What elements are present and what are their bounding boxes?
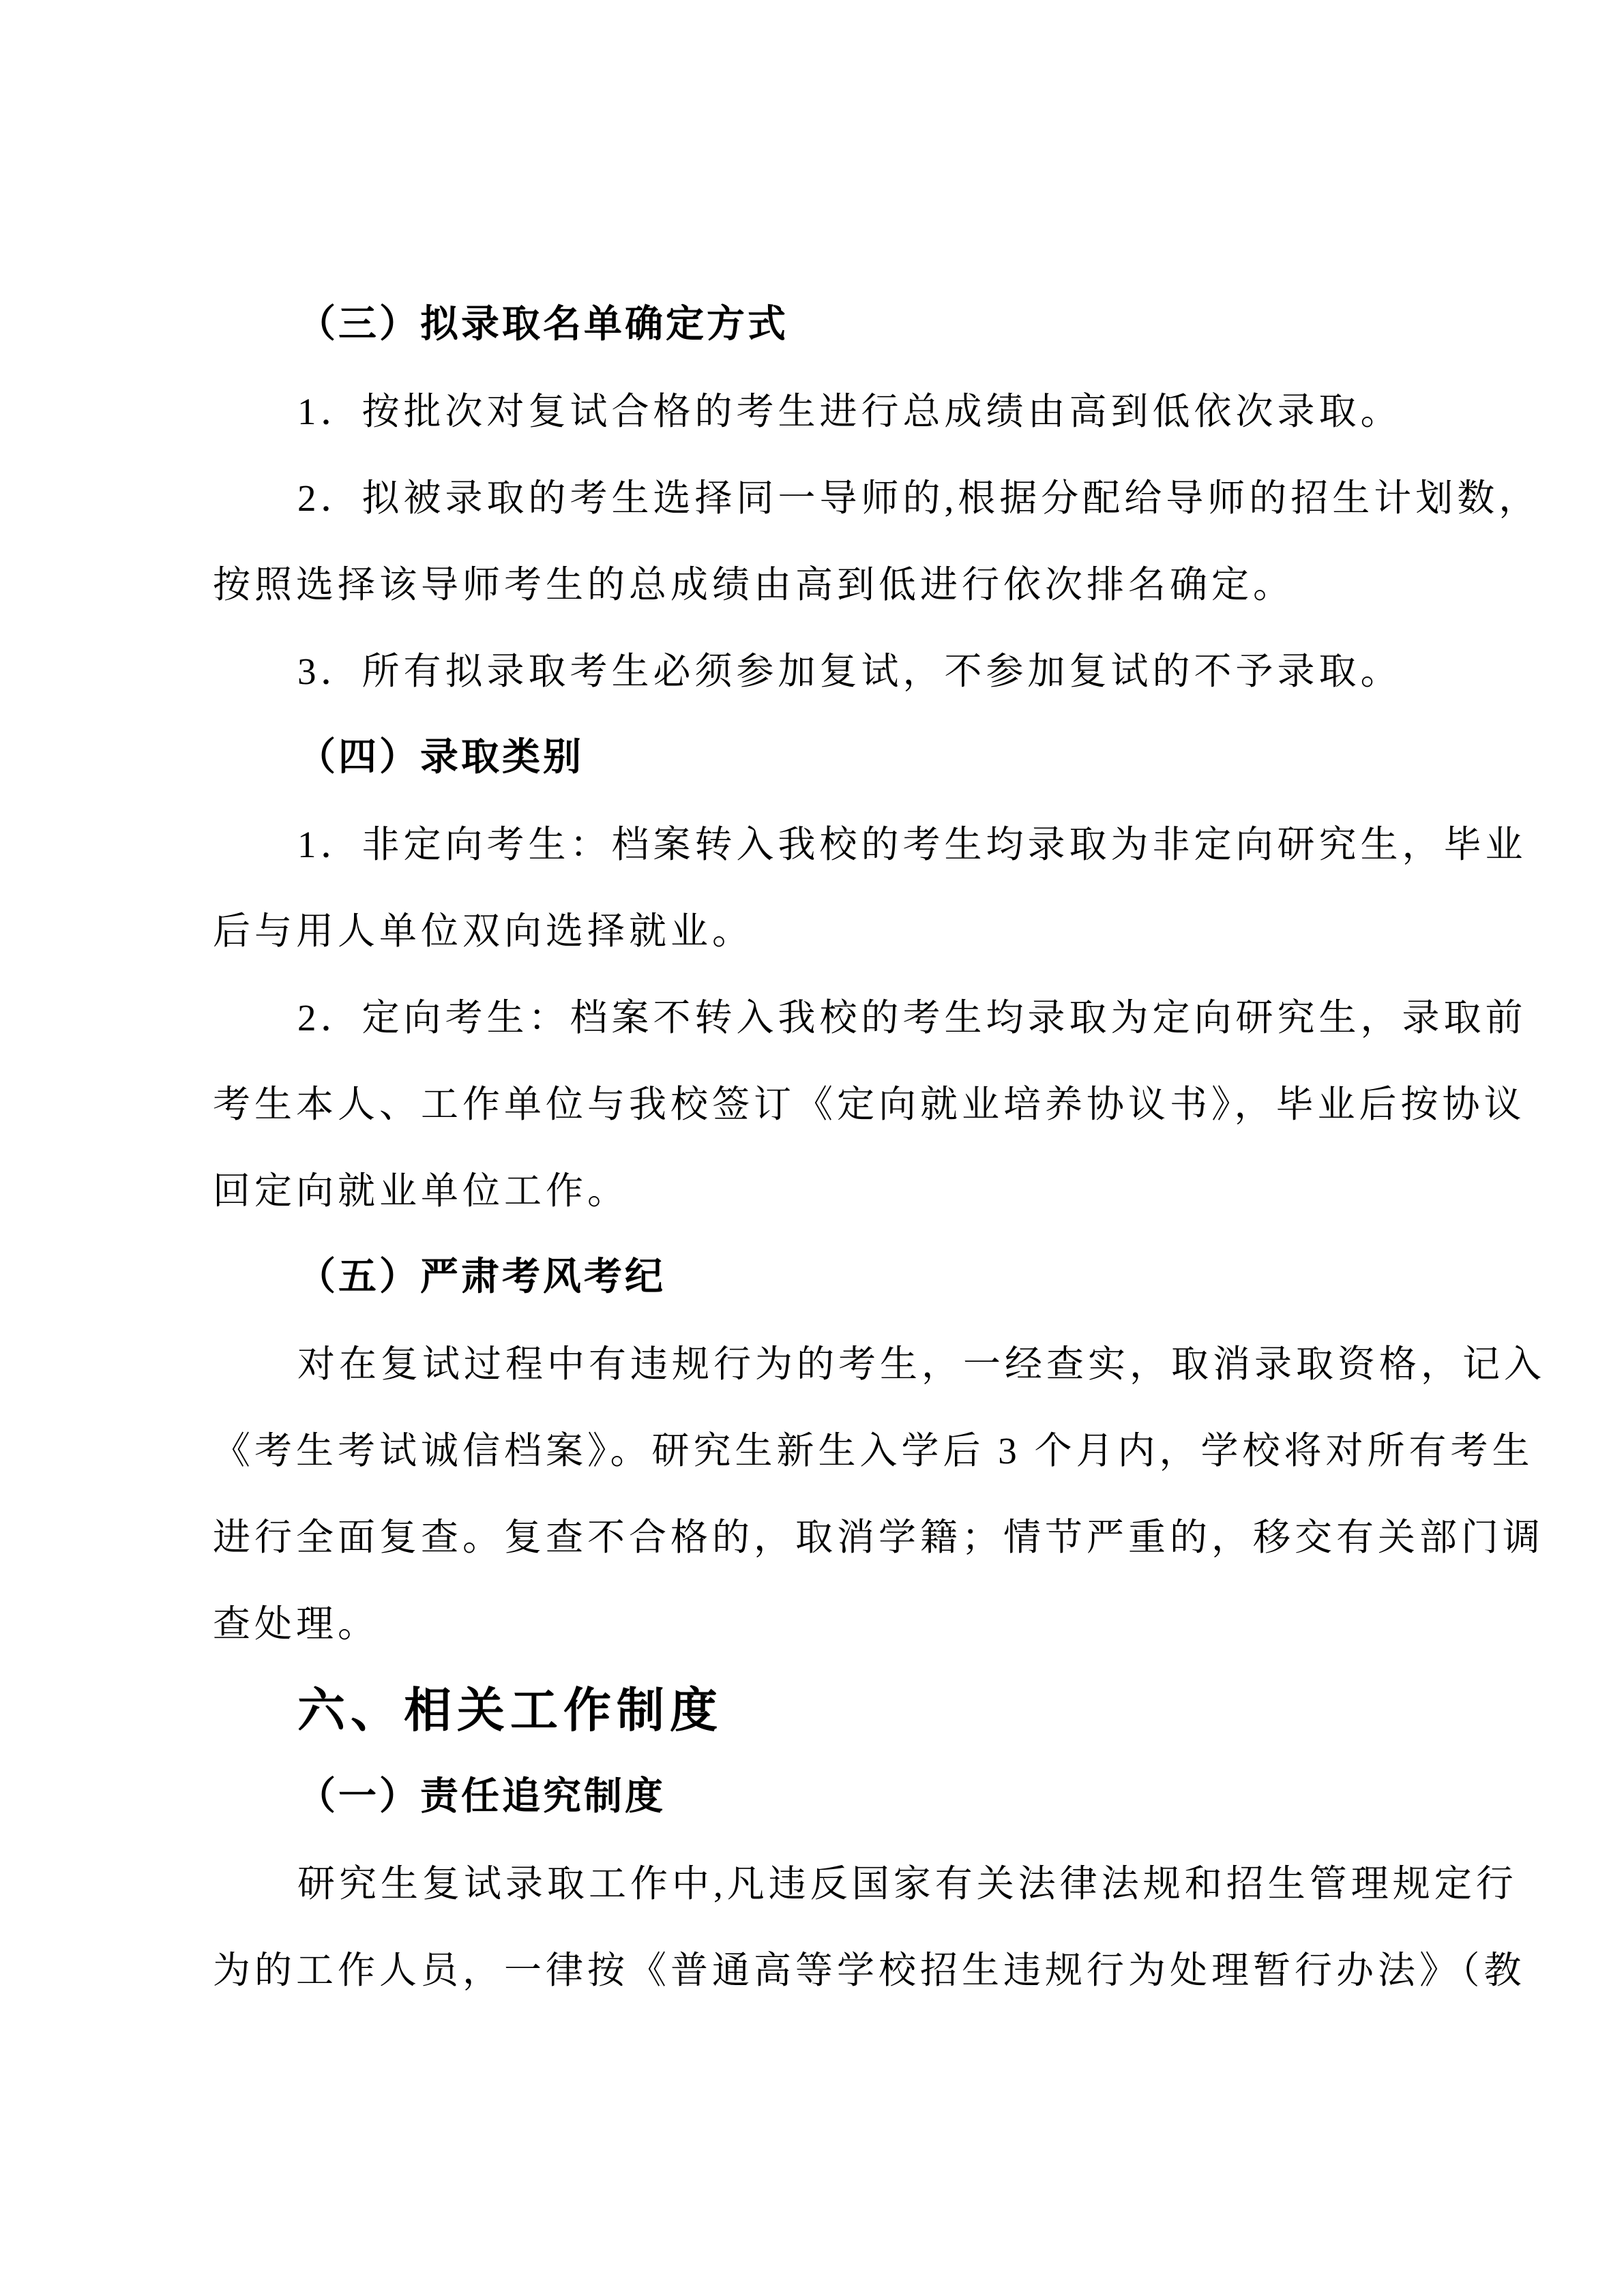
text-line: 2．拟被录取的考生选择同一导师的,根据分配给导师的招生计划数， xyxy=(213,455,1423,541)
heading-line: （五）严肃考风考纪 xyxy=(213,1234,1423,1321)
text-line: 为的工作人员，一律按《普通高等学校招生违规行为处理暂行办法》（教 xyxy=(213,1927,1423,2014)
text-line: 进行全面复查。复查不合格的，取消学籍；情节严重的，移交有关部门调 xyxy=(213,1494,1423,1581)
text-line: 1．非定向考生：档案转入我校的考生均录取为非定向研究生，毕业 xyxy=(213,801,1423,888)
text-line: 1．按批次对复试合格的考生进行总成绩由高到低依次录取。 xyxy=(213,368,1423,455)
heading-line: （三）拟录取名单确定方式 xyxy=(213,282,1423,368)
text-line: 按照选择该导师考生的总成绩由高到低进行依次排名确定。 xyxy=(213,541,1423,628)
heading-line: （四）录取类别 xyxy=(213,715,1423,801)
text-line: 2．定向考生：档案不转入我校的考生均录取为定向研究生，录取前 xyxy=(213,974,1423,1061)
text-line: 考生本人、工作单位与我校签订《定向就业培养协议书》，毕业后按协议 xyxy=(213,1061,1423,1148)
document-page: （三）拟录取名单确定方式 1．按批次对复试合格的考生进行总成绩由高到低依次录取。… xyxy=(0,0,1624,2296)
document-body: （三）拟录取名单确定方式 1．按批次对复试合格的考生进行总成绩由高到低依次录取。… xyxy=(213,282,1423,2014)
heading-line: （一）责任追究制度 xyxy=(213,1754,1423,1840)
text-line: 对在复试过程中有违规行为的考生，一经查实，取消录取资格，记入 xyxy=(213,1321,1423,1407)
text-line: 查处理。 xyxy=(213,1581,1423,1667)
heading-line: 六、相关工作制度 xyxy=(213,1667,1423,1754)
text-line: 研究生复试录取工作中,凡违反国家有关法律法规和招生管理规定行 xyxy=(213,1840,1423,1927)
text-line: 回定向就业单位工作。 xyxy=(213,1148,1423,1234)
text-line: 3．所有拟录取考生必须参加复试，不参加复试的不予录取。 xyxy=(213,628,1423,715)
text-line: 后与用人单位双向选择就业。 xyxy=(213,888,1423,974)
text-line: 《考生考试诚信档案》。研究生新生入学后 3 个月内，学校将对所有考生 xyxy=(213,1407,1423,1494)
